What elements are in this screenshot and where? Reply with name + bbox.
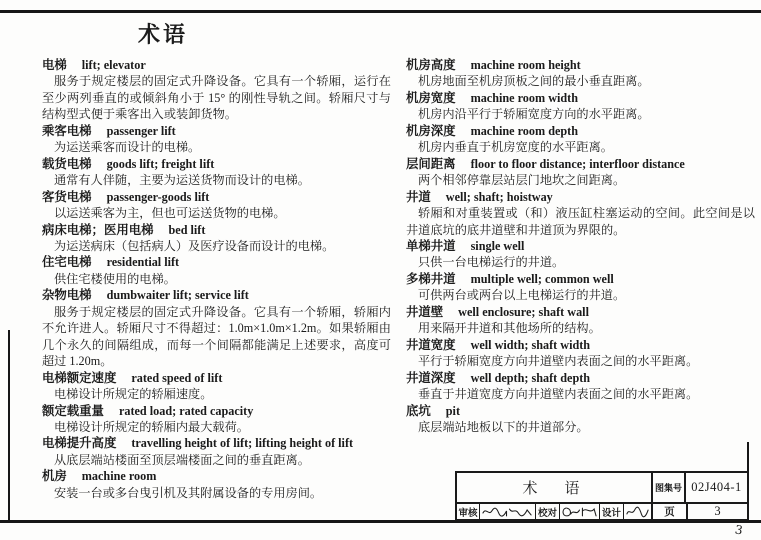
term-chinese: 杂物电梯 xyxy=(42,288,92,302)
term-definition: 为运送病床（包括病人）及医疗设备而设计的电梯。 xyxy=(42,238,391,254)
term-english: well width; shaft width xyxy=(471,338,591,352)
glossary-entry: 乘客电梯passenger lift 为运送乘客而设计的电梯。 xyxy=(42,123,391,156)
term-definition: 只供一台电梯运行的井道。 xyxy=(406,254,755,270)
term-definition: 服务于规定楼层的固定式升降设备。它具有一个轿厢，运行在至少两列垂直的或倾斜角小于… xyxy=(42,73,391,122)
term-line: 井道well; shaft; hoistway xyxy=(406,189,755,205)
term-english: well depth; shaft depth xyxy=(471,371,591,385)
term-line: 杂物电梯dumbwaiter lift; service lift xyxy=(42,287,391,303)
term-english: dumbwaiter lift; service lift xyxy=(107,288,249,302)
term-definition: 从底层端站楼面至顶层端楼面之间的垂直距离。 xyxy=(42,452,391,468)
term-chinese: 井道 xyxy=(406,190,431,204)
atlas-number-value: 02J404-1 xyxy=(686,473,747,502)
term-english: machine room width xyxy=(471,91,578,105)
term-chinese: 电梯额定速度 xyxy=(42,371,116,385)
glossary-entry: 载货电梯goods lift; freight lift 通常有人伴随，主要为运… xyxy=(42,156,391,189)
term-english: well; shaft; hoistway xyxy=(446,190,553,204)
term-line: 多梯井道multiple well; common well xyxy=(406,271,755,287)
term-english: passenger-goods lift xyxy=(107,190,210,204)
glossary-entry: 电梯提升高度travelling height of lift; lifting… xyxy=(42,435,391,468)
term-chinese: 乘客电梯 xyxy=(42,124,92,138)
term-definition: 可供两台或两台以上电梯运行的井道。 xyxy=(406,287,755,303)
atlas-number-label: 图集号 xyxy=(651,473,686,502)
proofread-label: 校对 xyxy=(535,504,559,519)
term-english: rated load; rated capacity xyxy=(119,404,253,418)
glossary-entry: 井道深度well depth; shaft depth 垂直于井道宽度方向井道壁… xyxy=(406,370,755,403)
term-chinese: 单梯井道 xyxy=(406,239,456,253)
term-line: 机房高度machine room height xyxy=(406,57,755,73)
page-number-value: 3 xyxy=(686,504,747,519)
glossary-entry: 额定载重量rated load; rated capacity 电梯设计所规定的… xyxy=(42,403,391,436)
term-definition: 通常有人伴随，主要为运送货物而设计的电梯。 xyxy=(42,172,391,188)
corner-page-number: 3 xyxy=(734,522,744,537)
term-line: 电梯提升高度travelling height of lift; lifting… xyxy=(42,435,391,451)
glossary-entry: 井道壁well enclosure; shaft wall 用来隔开井道和其他场… xyxy=(406,304,755,337)
term-line: 机房machine room xyxy=(42,468,391,484)
glossary-entry: 电梯额定速度rated speed of lift 电梯设计所规定的轿厢速度。 xyxy=(42,370,391,403)
term-definition: 服务于规定楼层的固定式升降设备。它具有一个轿厢，轿厢内不允许进人。轿厢尺寸不得超… xyxy=(42,304,391,370)
term-chinese: 机房 xyxy=(42,469,67,483)
term-english: machine room depth xyxy=(471,124,578,138)
term-chinese: 病床电梯；医用电梯 xyxy=(42,223,154,237)
glossary-entry: 杂物电梯dumbwaiter lift; service lift 服务于规定楼… xyxy=(42,287,391,369)
design-signature-scribble-icon xyxy=(623,504,651,519)
term-chinese: 机房深度 xyxy=(406,124,456,138)
term-definition: 机房内沿平行于轿厢宽度方向的水平距离。 xyxy=(406,106,755,122)
glossary-entry: 住宅电梯residential lift 供住宅楼使用的电梯。 xyxy=(42,254,391,287)
term-definition: 机房内垂直于机房宽度的水平距离。 xyxy=(406,139,755,155)
term-english: machine room height xyxy=(471,58,581,72)
glossary-entry: 层间距离floor to floor distance; interfloor … xyxy=(406,156,755,189)
review-label: 审核 xyxy=(457,504,479,519)
handwritten-signature-icon xyxy=(480,505,535,519)
term-line: 底坑pit xyxy=(406,403,755,419)
term-chinese: 客货电梯 xyxy=(42,190,92,204)
term-definition: 机房地面至机房顶板之间的最小垂直距离。 xyxy=(406,73,755,89)
term-english: multiple well; common well xyxy=(471,272,614,286)
top-rule xyxy=(0,10,761,13)
proofread-signature-scribble-icon xyxy=(559,504,599,519)
term-chinese: 载货电梯 xyxy=(42,157,92,171)
term-line: 井道壁well enclosure; shaft wall xyxy=(406,304,755,320)
term-definition: 两个相邻停靠层站层门地坎之间距离。 xyxy=(406,172,755,188)
term-chinese: 额定载重量 xyxy=(42,404,104,418)
review-signature-scribble-icon xyxy=(479,504,535,519)
glossary-right-column: 机房高度machine room height 机房地面至机房顶板之间的最小垂直… xyxy=(406,57,755,435)
term-english: machine room xyxy=(82,469,157,483)
drawing-title-block: 术 语 图集号 02J404-1 审核 校对 设计 xyxy=(455,471,749,521)
term-definition: 电梯设计所规定的轿厢内最大载荷。 xyxy=(42,419,391,435)
term-definition: 供住宅楼使用的电梯。 xyxy=(42,271,391,287)
term-definition: 以运送乘客为主，但也可运送货物的电梯。 xyxy=(42,205,391,221)
term-line: 井道深度well depth; shaft depth xyxy=(406,370,755,386)
term-line: 电梯额定速度rated speed of lift xyxy=(42,370,391,386)
term-line: 机房宽度machine room width xyxy=(406,90,755,106)
term-english: single well xyxy=(471,239,525,253)
term-line: 层间距离floor to floor distance; interfloor … xyxy=(406,156,755,172)
title-block-row-1: 术 语 图集号 02J404-1 xyxy=(457,473,747,504)
glossary-entry: 客货电梯passenger-goods lift 以运送乘客为主，但也可运送货物… xyxy=(42,189,391,222)
term-line: 单梯井道single well xyxy=(406,238,755,254)
term-line: 病床电梯；医用电梯bed lift xyxy=(42,222,391,238)
term-english: residential lift xyxy=(107,255,180,269)
term-english: passenger lift xyxy=(107,124,176,138)
term-definition: 电梯设计所规定的轿厢速度。 xyxy=(42,386,391,402)
handwritten-signature-icon xyxy=(560,505,599,519)
term-definition: 轿厢和对重装置或（和）液压缸柱塞运动的空间。此空间是以井道底坑的底井道壁和井道顶… xyxy=(406,205,755,238)
term-definition: 底层端站地板以下的井道部分。 xyxy=(406,419,755,435)
term-chinese: 井道壁 xyxy=(406,305,443,319)
document-page: 术语 电梯lift; elevator 服务于规定楼层的固定式升降设备。它具有一… xyxy=(0,0,761,540)
term-chinese: 井道深度 xyxy=(406,371,456,385)
term-definition: 垂直于井道宽度方向井道壁内表面之间的水平距离。 xyxy=(406,386,755,402)
glossary-entry: 机房深度machine room depth 机房内垂直于机房宽度的水平距离。 xyxy=(406,123,755,156)
term-chinese: 住宅电梯 xyxy=(42,255,92,269)
glossary-entry: 单梯井道single well 只供一台电梯运行的井道。 xyxy=(406,238,755,271)
term-chinese: 机房高度 xyxy=(406,58,456,72)
term-chinese: 多梯井道 xyxy=(406,272,456,286)
glossary-left-column: 电梯lift; elevator 服务于规定楼层的固定式升降设备。它具有一个轿厢… xyxy=(42,57,391,501)
term-line: 载货电梯goods lift; freight lift xyxy=(42,156,391,172)
term-definition: 为运送乘客而设计的电梯。 xyxy=(42,139,391,155)
page-title: 术语 xyxy=(138,18,188,49)
term-line: 井道宽度well width; shaft width xyxy=(406,337,755,353)
page-label: 页 xyxy=(651,504,686,519)
term-line: 住宅电梯residential lift xyxy=(42,254,391,270)
term-english: pit xyxy=(446,404,460,418)
term-english: goods lift; freight lift xyxy=(107,157,215,171)
term-chinese: 层间距离 xyxy=(406,157,456,171)
glossary-entry: 电梯lift; elevator 服务于规定楼层的固定式升降设备。它具有一个轿厢… xyxy=(42,57,391,123)
term-line: 机房深度machine room depth xyxy=(406,123,755,139)
term-line: 乘客电梯passenger lift xyxy=(42,123,391,139)
term-chinese: 井道宽度 xyxy=(406,338,456,352)
term-english: well enclosure; shaft wall xyxy=(458,305,589,319)
term-chinese: 电梯提升高度 xyxy=(42,436,116,450)
title-block-row-2: 审核 校对 设计 页 3 xyxy=(457,504,747,519)
term-line: 额定载重量rated load; rated capacity xyxy=(42,403,391,419)
title-block-sheet-title: 术 语 xyxy=(457,473,651,502)
term-line: 电梯lift; elevator xyxy=(42,57,391,73)
term-english: rated speed of lift xyxy=(131,371,222,385)
glossary-entry: 机房machine room 安装一台或多台曳引机及其附属设备的专用房间。 xyxy=(42,468,391,501)
handwritten-signature-icon xyxy=(624,505,651,519)
term-definition: 用来隔开井道和其他场所的结构。 xyxy=(406,320,755,336)
right-frame-border xyxy=(747,442,749,473)
term-english: travelling height of lift; lifting heigh… xyxy=(131,436,353,450)
glossary-entry: 机房宽度machine room width 机房内沿平行于轿厢宽度方向的水平距… xyxy=(406,90,755,123)
glossary-entry: 病床电梯；医用电梯bed lift 为运送病床（包括病人）及医疗设备而设计的电梯… xyxy=(42,222,391,255)
glossary-entry: 多梯井道multiple well; common well 可供两台或两台以上… xyxy=(406,271,755,304)
glossary-entry: 机房高度machine room height 机房地面至机房顶板之间的最小垂直… xyxy=(406,57,755,90)
glossary-entry: 井道宽度well width; shaft width 平行于轿厢宽度方向井道壁… xyxy=(406,337,755,370)
design-label: 设计 xyxy=(599,504,623,519)
term-english: bed lift xyxy=(169,223,206,237)
left-frame-border xyxy=(8,330,10,522)
term-line: 客货电梯passenger-goods lift xyxy=(42,189,391,205)
term-definition: 平行于轿厢宽度方向井道壁内表面之间的水平距离。 xyxy=(406,353,755,369)
term-english: floor to floor distance; interfloor dist… xyxy=(471,157,685,171)
term-definition: 安装一台或多台曳引机及其附属设备的专用房间。 xyxy=(42,485,391,501)
term-chinese: 机房宽度 xyxy=(406,91,456,105)
glossary-entry: 底坑pit 底层端站地板以下的井道部分。 xyxy=(406,403,755,436)
term-chinese: 底坑 xyxy=(406,404,431,418)
term-chinese: 电梯 xyxy=(42,58,67,72)
glossary-entry: 井道well; shaft; hoistway 轿厢和对重装置或（和）液压缸柱塞… xyxy=(406,189,755,238)
term-english: lift; elevator xyxy=(82,58,146,72)
